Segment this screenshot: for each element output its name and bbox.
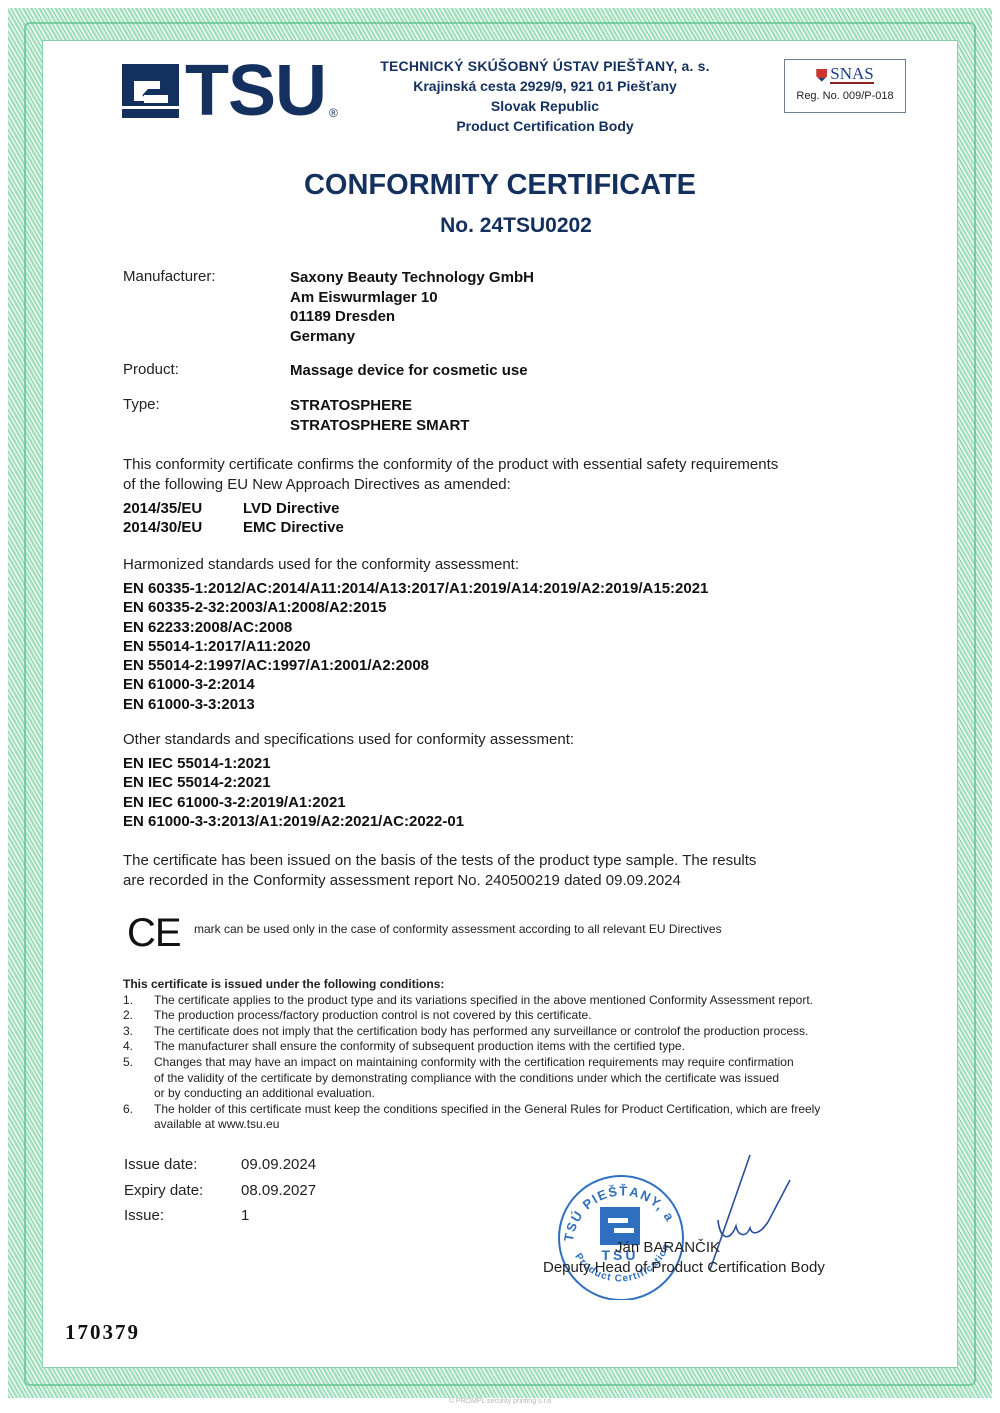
condition-number: 2. — [123, 1008, 154, 1024]
type-value: STRATOSPHERE STRATOSPHERE SMART — [290, 396, 469, 435]
expiry-date-value: 08.09.2027 — [241, 1178, 316, 1204]
registered-mark: ® — [329, 106, 338, 120]
expiry-date-row: Expiry date: 08.09.2027 — [124, 1178, 316, 1204]
intro-line: of the following EU New Approach Directi… — [123, 475, 778, 495]
condition-text: The holder of this certificate must keep… — [154, 1102, 820, 1133]
condition-item: 5.Changes that may have an impact on mai… — [123, 1055, 923, 1102]
issue-date-row: Issue date: 09.09.2024 — [124, 1152, 316, 1178]
manufacturer-value: Saxony Beauty Technology GmbH Am Eiswurm… — [290, 268, 534, 346]
harmonized-heading: Harmonized standards used for the confor… — [123, 555, 519, 575]
ce-mark-icon: CE — [127, 913, 181, 953]
standard-item: EN 55014-1:2017/A11:2020 — [123, 637, 708, 656]
condition-number: 5. — [123, 1055, 154, 1102]
directives-list: 2014/35/EU LVD Directive 2014/30/EU EMC … — [123, 499, 344, 538]
condition-text: The certificate applies to the product t… — [154, 993, 813, 1009]
standard-item: EN 62233:2008/AC:2008 — [123, 618, 708, 637]
manufacturer-label: Manufacturer: — [123, 268, 216, 285]
tsu-logo: TSU ® — [122, 64, 338, 118]
manufacturer-country: Germany — [290, 327, 534, 347]
condition-item: 2.The production process/factory product… — [123, 1008, 923, 1024]
condition-text: The certificate does not imply that the … — [154, 1024, 808, 1040]
snas-reg-no: Reg. No. 009/P-018 — [785, 90, 905, 102]
signatory-title: Deputy Head of Product Certification Bod… — [543, 1259, 825, 1276]
standard-item: EN IEC 55014-1:2021 — [123, 754, 464, 773]
type-label: Type: — [123, 396, 160, 413]
issue-value: 1 — [241, 1203, 249, 1229]
logo-text: TSU — [185, 64, 326, 118]
basis-statement: The certificate has been issued on the b… — [123, 851, 756, 890]
issuer-name: TECHNICKÝ SKÚŠOBNÝ ÚSTAV PIEŠŤANY, a. s. — [380, 56, 710, 76]
serial-number: 170379 — [65, 1320, 140, 1345]
condition-number: 4. — [123, 1039, 154, 1055]
dates-block: Issue date: 09.09.2024 Expiry date: 08.0… — [124, 1152, 316, 1229]
snas-accreditation-badge: SNAS Reg. No. 009/P-018 — [784, 59, 906, 113]
issue-date-label: Issue date: — [124, 1152, 241, 1178]
condition-item: 4.The manufacturer shall ensure the conf… — [123, 1039, 923, 1055]
snas-name: SNAS — [830, 66, 873, 84]
condition-line: The manufacturer shall ensure the confor… — [154, 1039, 685, 1055]
standard-item: EN 61000-3-3:2013/A1:2019/A2:2021/AC:202… — [123, 812, 464, 831]
condition-number: 6. — [123, 1102, 154, 1133]
condition-line: The certificate does not imply that the … — [154, 1024, 808, 1040]
issuer-address: Krajinská cesta 2929/9, 921 01 Piešťany — [380, 76, 710, 96]
signatory-name: Ján BARANČIK — [615, 1239, 720, 1256]
condition-line: or by conducting an additional evaluatio… — [154, 1086, 794, 1102]
condition-line: available at www.tsu.eu — [154, 1117, 820, 1133]
condition-item: 6.The holder of this certificate must ke… — [123, 1102, 923, 1133]
issuer-country: Slovak Republic — [380, 96, 710, 116]
directive-code: 2014/35/EU — [123, 499, 243, 518]
standard-item: EN 60335-2-32:2003/A1:2008/A2:2015 — [123, 598, 708, 617]
condition-line: The certificate applies to the product t… — [154, 993, 813, 1009]
condition-line: The production process/factory productio… — [154, 1008, 592, 1024]
condition-item: 1.The certificate applies to the product… — [123, 993, 923, 1009]
standard-item: EN 60335-1:2012/AC:2014/A11:2014/A13:201… — [123, 579, 708, 598]
condition-text: The manufacturer shall ensure the confor… — [154, 1039, 685, 1055]
issue-row: Issue: 1 — [124, 1203, 316, 1229]
printer-note: © PROMPL security printing s.r.o — [0, 1398, 1000, 1405]
manufacturer-name: Saxony Beauty Technology GmbH — [290, 268, 534, 288]
condition-number: 3. — [123, 1024, 154, 1040]
standard-item: EN IEC 55014-2:2021 — [123, 773, 464, 792]
directive-name: EMC Directive — [243, 518, 344, 537]
directive-row: 2014/30/EU EMC Directive — [123, 518, 344, 537]
condition-text: Changes that may have an impact on maint… — [154, 1055, 794, 1102]
product-value: Massage device for cosmetic use — [290, 361, 528, 381]
manufacturer-street: Am Eiswurmlager 10 — [290, 288, 534, 308]
other-standards-heading: Other standards and specifications used … — [123, 730, 574, 750]
document-title: CONFORMITY CERTIFICATE — [0, 169, 1000, 202]
directive-row: 2014/35/EU LVD Directive — [123, 499, 344, 518]
issue-date-value: 09.09.2024 — [241, 1152, 316, 1178]
type-2: STRATOSPHERE SMART — [290, 416, 469, 436]
condition-text: The production process/factory productio… — [154, 1008, 592, 1024]
basis-line: are recorded in the Conformity assessmen… — [123, 871, 756, 891]
condition-line: The holder of this certificate must keep… — [154, 1102, 820, 1118]
condition-number: 1. — [123, 993, 154, 1009]
condition-item: 3.The certificate does not imply that th… — [123, 1024, 923, 1040]
directive-code: 2014/30/EU — [123, 518, 243, 537]
manufacturer-city: 01189 Dresden — [290, 307, 534, 327]
certificate-number: No. 24TSU0202 — [0, 214, 1000, 238]
condition-line: of the validity of the certificate by de… — [154, 1071, 794, 1087]
type-1: STRATOSPHERE — [290, 396, 469, 416]
issuer-block: TECHNICKÝ SKÚŠOBNÝ ÚSTAV PIEŠŤANY, a. s.… — [380, 56, 710, 136]
standard-item: EN 55014-2:1997/AC:1997/A1:2001/A2:2008 — [123, 656, 708, 675]
product-label: Product: — [123, 361, 179, 378]
conditions-block: This certificate is issued under the fol… — [123, 977, 923, 1133]
tsu-logo-icon — [122, 64, 179, 118]
slovak-shield-icon — [816, 69, 827, 82]
standard-item: EN 61000-3-2:2014 — [123, 675, 708, 694]
intro-line: This conformity certificate confirms the… — [123, 455, 778, 475]
harmonized-standards-list: EN 60335-1:2012/AC:2014/A11:2014/A13:201… — [123, 579, 708, 714]
standard-item: EN IEC 61000-3-2:2019/A1:2021 — [123, 793, 464, 812]
issuer-role: Product Certification Body — [380, 116, 710, 136]
basis-line: The certificate has been issued on the b… — [123, 851, 756, 871]
ce-mark-text: mark can be used only in the case of con… — [194, 922, 722, 936]
conformity-intro: This conformity certificate confirms the… — [123, 455, 778, 494]
official-stamp-icon: TSÚ PIEŠŤANY, a. s. Product Certificatio… — [555, 1160, 685, 1300]
directive-name: LVD Directive — [243, 499, 339, 518]
standard-item: EN 61000-3-3:2013 — [123, 695, 708, 714]
issue-label: Issue: — [124, 1203, 241, 1229]
other-standards-list: EN IEC 55014-1:2021 EN IEC 55014-2:2021 … — [123, 754, 464, 831]
expiry-date-label: Expiry date: — [124, 1178, 241, 1204]
conditions-title: This certificate is issued under the fol… — [123, 977, 923, 993]
condition-line: Changes that may have an impact on maint… — [154, 1055, 794, 1071]
